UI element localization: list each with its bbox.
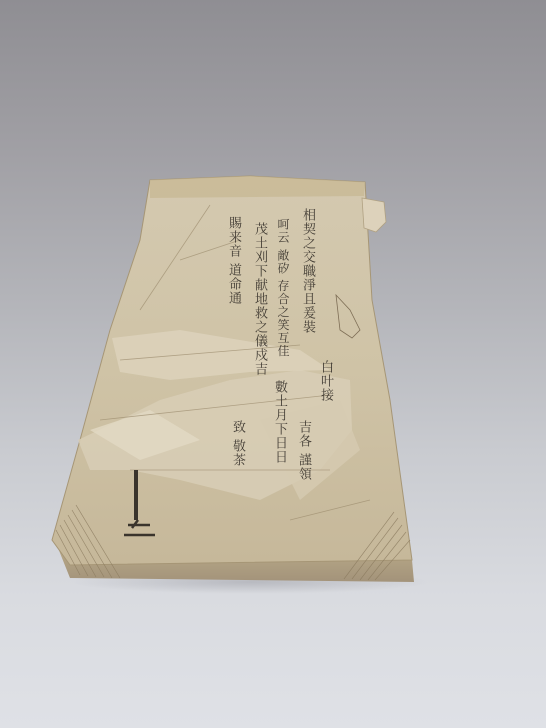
photo-scene: 相契之交職淨且爰裝 呵云 敵矽 存合之笑互佳 茂土刈下献地救之儀戍吉 賜来音 道… [0,0,546,728]
manuscript-column: 相契之交職淨且爰裝 [300,208,314,334]
manuscript-column: 呵云 敵矽 存合之笑互佳 [276,218,290,358]
torn-flap [362,198,386,232]
manuscript-column: 白叶接 [318,360,332,402]
manuscript-column: 數土月下日日 [272,380,286,464]
manuscript-column: 致 敬茶 [230,420,244,467]
manuscript-column: 吉各 謹領 [296,420,310,481]
manuscript-book [0,0,546,728]
manuscript-column: 賜来音 道命通 [226,216,240,305]
manuscript-column: 茂土刈下献地救之儀戍吉 [252,222,266,376]
